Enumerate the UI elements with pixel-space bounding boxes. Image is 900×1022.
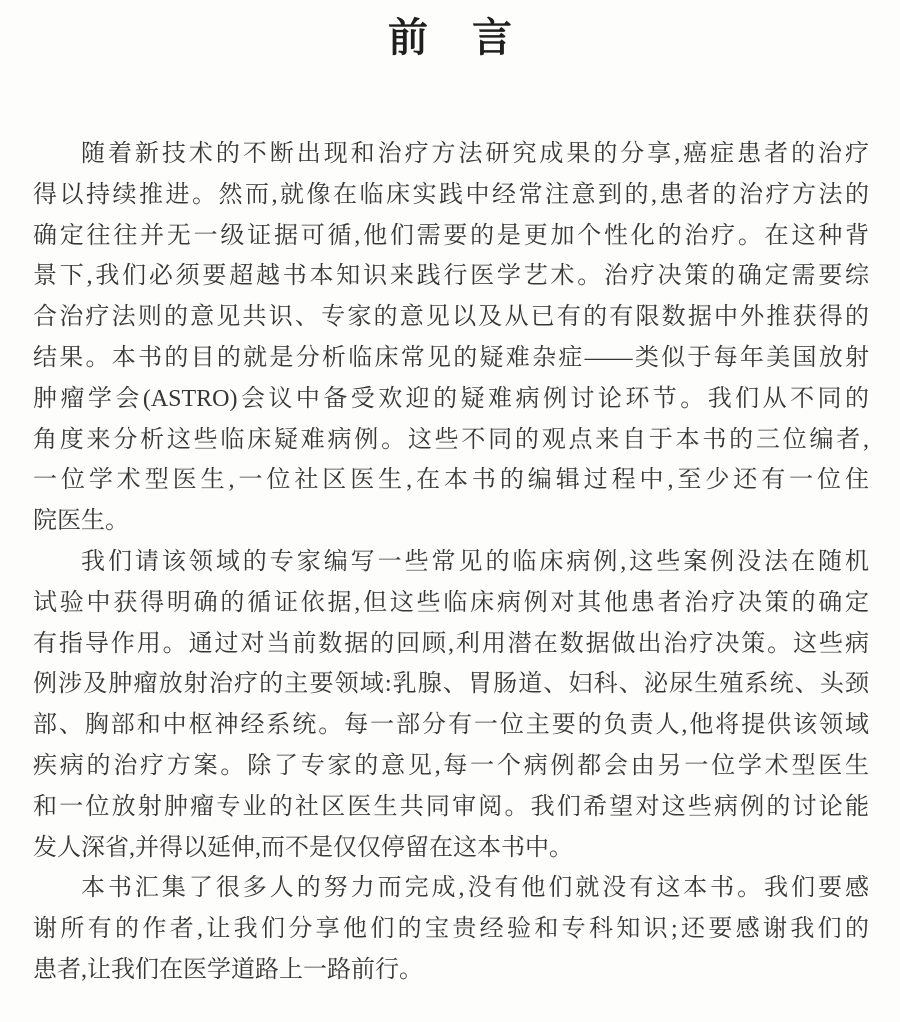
text-line: 试验中获得明确的循证依据,但这些临床病例对其他患者治疗决策的确定 (33, 583, 869, 624)
page-title: 前 言 (33, 12, 869, 68)
text-line: 我们请该领域的专家编写一些常见的临床病例,这些案例没法在随机 (33, 542, 869, 583)
text-line: 部、胸部和中枢神经系统。每一部分有一位主要的负责人,他将提供该领域 (33, 705, 869, 746)
text-line: 谢所有的作者,让我们分享他们的宝贵经验和专科知识;还要感谢我们的 (33, 909, 869, 950)
text-line: 结果。本书的目的就是分析临床常见的疑难杂症——类似于每年美国放射 (33, 338, 869, 379)
text-line: 例涉及肿瘤放射治疗的主要领域:乳腺、胃肠道、妇科、泌尿生殖系统、头颈 (33, 664, 869, 705)
text-line: 疾病的治疗方案。除了专家的意见,每一个病例都会由另一位学术型医生 (33, 746, 869, 787)
text-line: 一位学术型医生,一位社区医生,在本书的编辑过程中,至少还有一位住 (33, 460, 869, 501)
paragraph: 我们请该领域的专家编写一些常见的临床病例,这些案例没法在随机试验中获得明确的循证… (33, 542, 869, 868)
text-line: 和一位放射肿瘤专业的社区医生共同审阅。我们希望对这些病例的讨论能 (33, 787, 869, 828)
document-page: 前 言 随着新技术的不断出现和治疗方法研究成果的分享,癌症患者的治疗得以持续推进… (0, 0, 900, 1022)
text-line: 有指导作用。通过对当前数据的回顾,利用潜在数据做出治疗决策。这些病 (33, 624, 869, 665)
text-line: 随着新技术的不断出现和治疗方法研究成果的分享,癌症患者的治疗 (33, 134, 869, 175)
preface-body-text: 随着新技术的不断出现和治疗方法研究成果的分享,癌症患者的治疗得以持续推进。然而,… (33, 134, 869, 991)
text-line: 患者,让我们在医学道路上一路前行。 (33, 950, 869, 991)
text-line: 肿瘤学会(ASTRO)会议中备受欢迎的疑难病例讨论环节。我们从不同的 (33, 379, 869, 420)
text-line: 得以持续推进。然而,就像在临床实践中经常注意到的,患者的治疗方法的 (33, 175, 869, 216)
paragraph: 随着新技术的不断出现和治疗方法研究成果的分享,癌症患者的治疗得以持续推进。然而,… (33, 134, 869, 542)
text-line: 本书汇集了很多人的努力而完成,没有他们就没有这本书。我们要感 (33, 868, 869, 909)
text-line: 院医生。 (33, 501, 869, 542)
text-line: 合治疗法则的意见共识、专家的意见以及从已有的有限数据中外推获得的 (33, 297, 869, 338)
text-line: 角度来分析这些临床疑难病例。这些不同的观点来自于本书的三位编者, (33, 420, 869, 461)
text-line: 发人深省,并得以延伸,而不是仅仅停留在这本书中。 (33, 828, 869, 869)
text-line: 确定往往并无一级证据可循,他们需要的是更加个性化的治疗。在这种背 (33, 216, 869, 257)
paragraph: 本书汇集了很多人的努力而完成,没有他们就没有这本书。我们要感谢所有的作者,让我们… (33, 868, 869, 990)
text-line: 景下,我们必须要超越书本知识来践行医学艺术。治疗决策的确定需要综 (33, 256, 869, 297)
